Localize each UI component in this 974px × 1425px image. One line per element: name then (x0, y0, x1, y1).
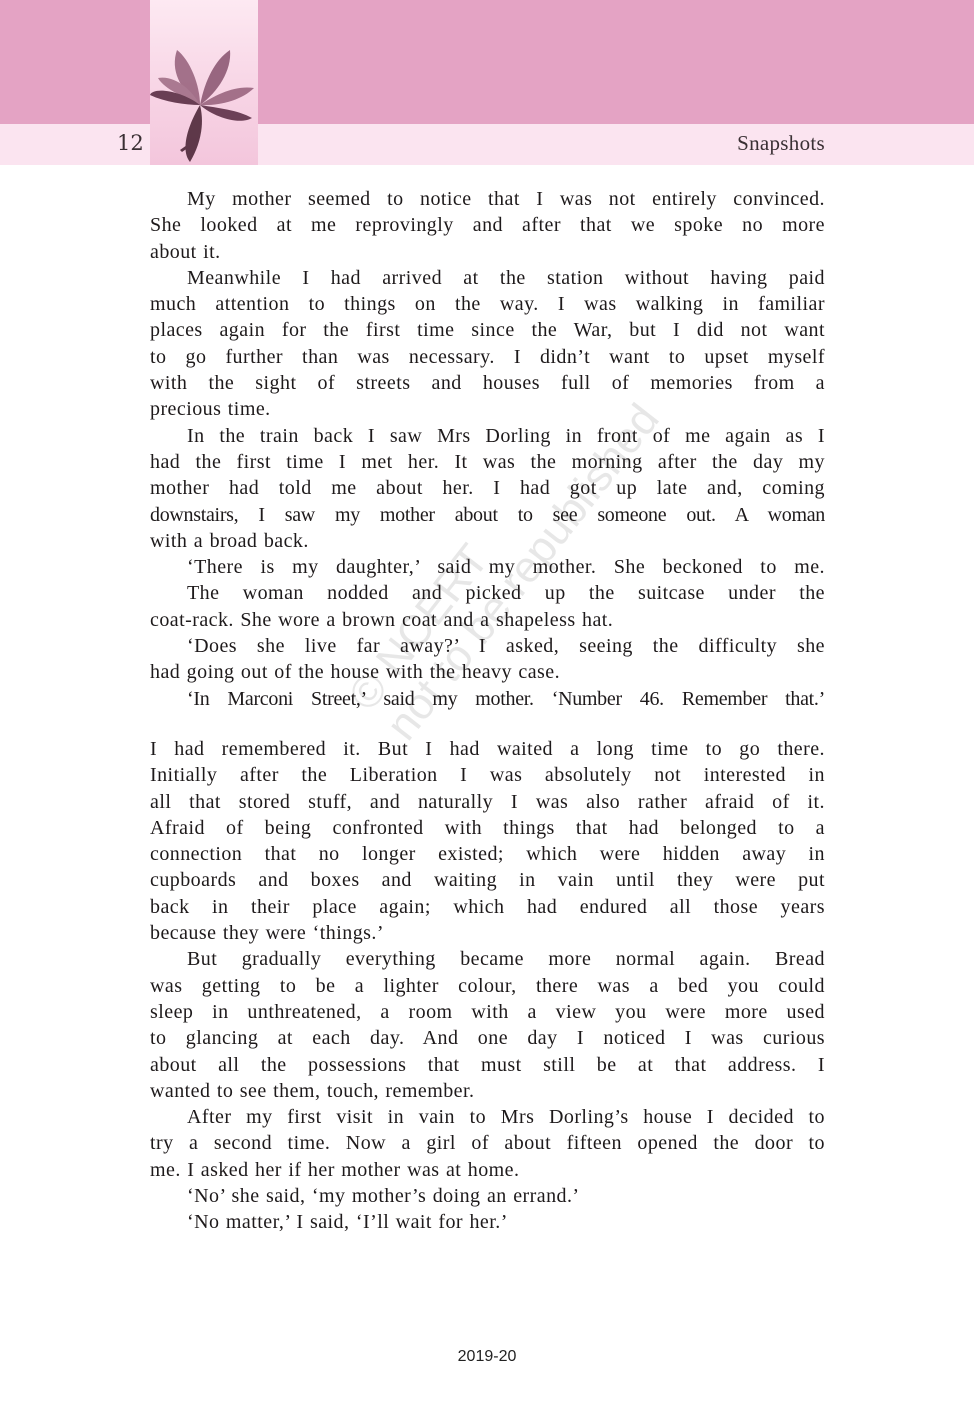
text-line: to go further than was necessary. I didn… (150, 344, 825, 370)
header-band (0, 0, 974, 124)
text-line: She looked at me reprovingly and after t… (150, 212, 825, 238)
text-line: to glancing at each day. And one day I n… (150, 1025, 825, 1051)
text-line: back in their place again; which had end… (150, 894, 825, 920)
footer-year: 2019-20 (0, 1348, 974, 1366)
text-line: ‘In Marconi Street,’ said my mother. ‘Nu… (150, 686, 825, 712)
text-line: about all the possessions that must stil… (150, 1052, 825, 1078)
text-line: Meanwhile I had arrived at the station w… (150, 265, 825, 291)
text-line: Initially after the Liberation I was abs… (150, 762, 825, 788)
text-line: mother had told me about her. I had got … (150, 475, 825, 501)
text-line: ‘Does she live far away?’ I asked, seein… (150, 633, 825, 659)
leaf-illustration (150, 0, 258, 165)
text-line: ‘There is my daughter,’ said my mother. … (150, 554, 825, 580)
text-line: downstairs, I saw my mother about to see… (150, 502, 825, 528)
text-line: much attention to things on the way. I w… (150, 291, 825, 317)
text-line: try a second time. Now a girl of about f… (150, 1130, 825, 1156)
text-line: had going out of the house with the heav… (150, 659, 825, 685)
text-line: In the train back I saw Mrs Dorling in f… (150, 423, 825, 449)
text-line: But gradually everything became more nor… (150, 946, 825, 972)
text-line: all that stored stuff, and naturally I w… (150, 789, 825, 815)
text-line: cupboards and boxes and waiting in vain … (150, 867, 825, 893)
text-line: sleep in unthreatened, a room with a vie… (150, 999, 825, 1025)
text-line: The woman nodded and picked up the suitc… (150, 580, 825, 606)
text-line: wanted to see them, touch, remember. (150, 1078, 825, 1104)
text-line: about it. (150, 239, 825, 265)
header-subband (0, 124, 974, 165)
text-line: coat-rack. She wore a brown coat and a s… (150, 607, 825, 633)
text-line: was getting to be a lighter colour, ther… (150, 973, 825, 999)
text-line: had the first time I met her. It was the… (150, 449, 825, 475)
text-line: After my first visit in vain to Mrs Dorl… (150, 1104, 825, 1130)
text-line: My mother seemed to notice that I was no… (150, 186, 825, 212)
paragraph-gap (150, 712, 825, 736)
text-line: precious time. (150, 396, 825, 422)
leaf-icon (150, 0, 258, 165)
text-line: with a broad back. (150, 528, 825, 554)
body-text: My mother seemed to notice that I was no… (150, 186, 825, 1236)
text-line: connection that no longer existed; which… (150, 841, 825, 867)
text-line: because they were ‘things.’ (150, 920, 825, 946)
text-line: ‘No’ she said, ‘my mother’s doing an err… (150, 1183, 825, 1209)
text-line: ‘No matter,’ I said, ‘I’ll wait for her.… (150, 1209, 825, 1235)
text-line: Afraid of being confronted with things t… (150, 815, 825, 841)
page-number: 12 (117, 131, 144, 155)
text-line: places again for the first time since th… (150, 317, 825, 343)
text-line: I had remembered it. But I had waited a … (150, 736, 825, 762)
running-head: Snapshots (737, 131, 825, 156)
text-line: me. I asked her if her mother was at hom… (150, 1157, 825, 1183)
text-line: with the sight of streets and houses ful… (150, 370, 825, 396)
